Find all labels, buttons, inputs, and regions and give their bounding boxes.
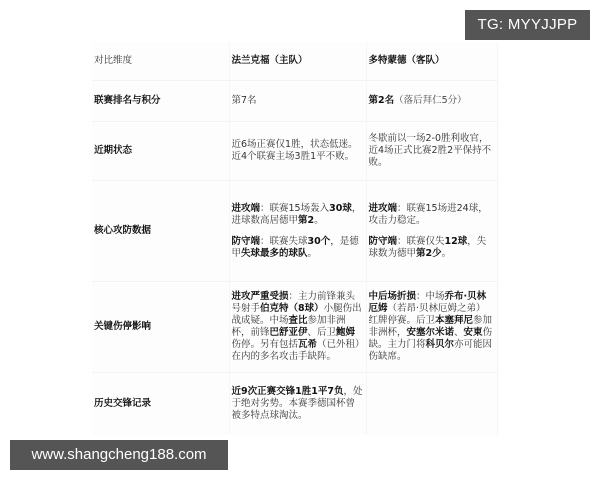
text: 。 (442, 248, 452, 259)
attack-label: 进攻端 (369, 203, 398, 214)
home-h2h-cell: 近9次正赛交锋1胜1平7负，处于绝对劣势。本赛季德国杯曾被多特点球淘汰。 (229, 373, 366, 436)
player-name: 瓦希 (298, 339, 317, 350)
player-name: 科贝尔 (426, 339, 455, 350)
header-home-team: 法兰克福（主队） (229, 42, 366, 81)
home-injury-cell: 进攻严重受损：主力前锋兼头号射手伯克特（8球）小腿伤出战成疑。中场查比参加非洲杯… (229, 282, 366, 373)
goals-conceded: 30个 (308, 236, 331, 247)
defense-label: 防守端 (369, 236, 398, 247)
row-label: 近期状态 (92, 122, 229, 181)
defense-note: 失球最多的球队 (241, 248, 308, 259)
table-row-injuries: 关键伤停影响 进攻严重受损：主力前锋兼头号射手伯克特（8球）小腿伤出战成疑。中场… (92, 282, 497, 373)
text: ：联赛失球 (260, 236, 308, 247)
table-row-head-to-head: 历史交锋记录 近9次正赛交锋1胜1平7负，处于绝对劣势。本赛季德国杯曾被多特点球… (92, 373, 497, 436)
text: ：联赛仅失 (397, 236, 445, 247)
player-name: 伯克特（8球） (260, 303, 324, 314)
player-name: 巴舒亚伊 (270, 327, 308, 338)
comparison-table-container: 对比维度 法兰克福（主队） 多特蒙德（客队） 联赛排名与积分 第7名 第2名（落… (92, 42, 497, 435)
player-name: 安塞尔米诺 (407, 327, 455, 338)
url-watermark: www.shangcheng188.com (10, 440, 228, 470)
header-dimension: 对比维度 (92, 42, 229, 81)
away-ranking-cell: 第2名（落后拜仁5分） (366, 81, 497, 122)
injury-label: 中后场折损 (369, 291, 417, 302)
text: 。 (308, 248, 318, 259)
away-h2h-cell (366, 373, 497, 436)
tg-watermark: TG: MYYJJPP (465, 10, 590, 40)
table-row-core-stats: 核心攻防数据 进攻端：联赛15场轰入30球，进球数高居德甲第2。 防守端：联赛失… (92, 181, 497, 282)
header-away-team: 多特蒙德（客队） (366, 42, 497, 81)
away-injury-cell: 中后场折损：中场乔布·贝林厄姆（若昂·贝林厄姆之弟）红牌停赛。后卫本塞拜尼参加非… (366, 282, 497, 373)
text: 。 (314, 215, 324, 226)
player-name: 本塞拜尼 (435, 315, 473, 326)
goals-scored: 30球 (329, 203, 352, 214)
text: 、 (454, 327, 464, 338)
home-attack-para: 进攻端：联赛15场轰入30球，进球数高居德甲第2。 (232, 203, 364, 227)
away-form-cell: 冬歇前以一场2-0胜利收官，近4场正式比赛2胜2平保持不败。 (366, 122, 497, 181)
table-row-ranking: 联赛排名与积分 第7名 第2名（落后拜仁5分） (92, 81, 497, 122)
row-label: 联赛排名与积分 (92, 81, 229, 122)
table-header-row: 对比维度 法兰克福（主队） 多特蒙德（客队） (92, 42, 497, 81)
goals-conceded: 12球 (445, 236, 468, 247)
away-rank-note: （落后拜仁5分） (394, 95, 467, 106)
row-label: 关键伤停影响 (92, 282, 229, 373)
away-core-cell: 进攻端：联赛15场进24球，攻击力稳定。 防守端：联赛仅失12球，失球数为德甲第… (366, 181, 497, 282)
home-core-cell: 进攻端：联赛15场轰入30球，进球数高居德甲第2。 防守端：联赛失球30个，是德… (229, 181, 366, 282)
text: ：联赛15场轰入 (260, 203, 329, 214)
home-ranking-cell: 第7名 (229, 81, 366, 122)
away-defense-para: 防守端：联赛仅失12球，失球数为德甲第2少。 (369, 236, 495, 260)
row-label: 历史交锋记录 (92, 373, 229, 436)
defense-label: 防守端 (232, 236, 261, 247)
home-defense-para: 防守端：联赛失球30个，是德甲失球最多的球队。 (232, 236, 364, 260)
player-name: 安東 (464, 327, 483, 338)
text: ：中场 (416, 291, 445, 302)
h2h-record: 近9次正赛交锋1胜1平7负 (232, 386, 344, 397)
league-rank: 第2 (298, 215, 314, 226)
player-name: 鲍姆 (336, 327, 355, 338)
injury-label: 进攻严重受损 (232, 291, 289, 302)
attack-label: 进攻端 (232, 203, 261, 214)
row-label: 核心攻防数据 (92, 181, 229, 282)
player-name: 查比 (289, 315, 308, 326)
comparison-table: 对比维度 法兰克福（主队） 多特蒙德（客队） 联赛排名与积分 第7名 第2名（落… (92, 42, 498, 435)
home-form-cell: 近6场正赛仅1胜，状态低迷。近4个联赛主场3胜1平不败。 (229, 122, 366, 181)
text: 伤停。另有包括 (232, 339, 299, 350)
away-attack-para: 进攻端：联赛15场进24球，攻击力稳定。 (369, 203, 495, 227)
table-row-recent-form: 近期状态 近6场正赛仅1胜，状态低迷。近4个联赛主场3胜1平不败。 冬歇前以一场… (92, 122, 497, 181)
away-rank: 第2名 (369, 95, 395, 106)
defense-rank: 第2少 (416, 248, 442, 259)
text: 、后卫 (308, 327, 337, 338)
